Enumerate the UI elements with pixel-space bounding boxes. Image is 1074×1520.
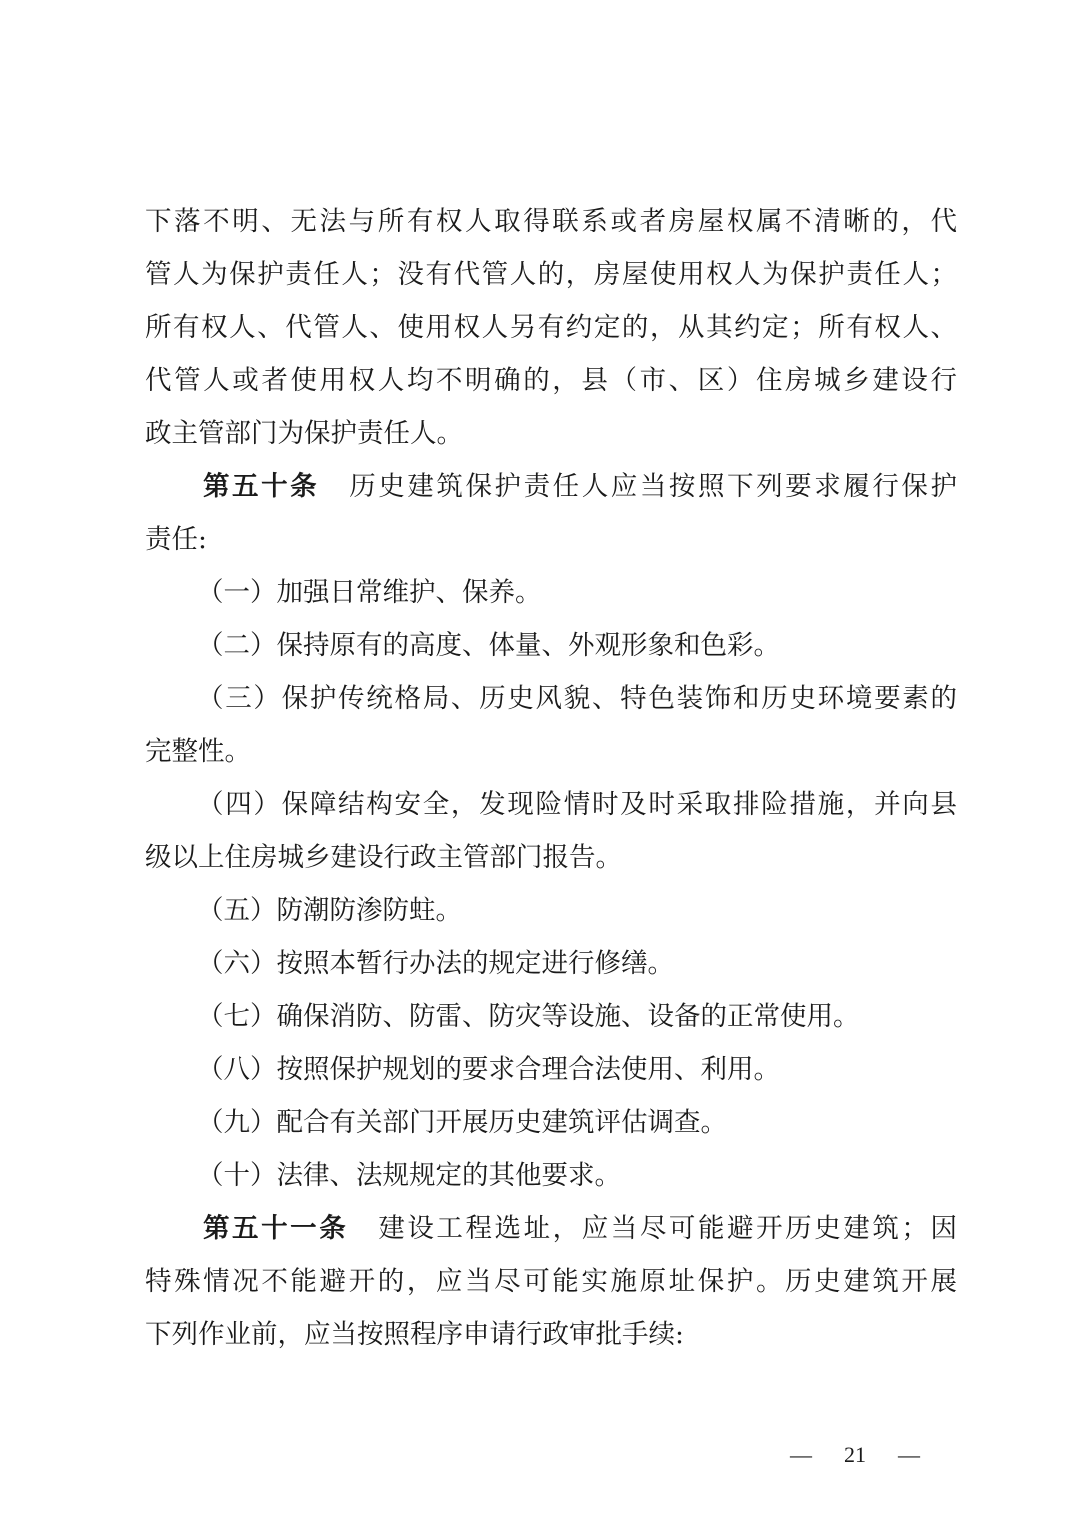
list-item-10: （十）法律、法规规定的其他要求。 [145,1149,957,1202]
list-item-3-cont: 完整性。 [145,725,957,778]
article-number: 第五十一条 [203,1213,348,1244]
article-51-first-line: 第五十一条建设工程选址，应当尽可能避开历史建筑；因 [145,1202,957,1255]
list-item-8: （八）按照保护规划的要求合理合法使用、利用。 [145,1043,957,1096]
list-item-2: （二）保持原有的高度、体量、外观形象和色彩。 [145,619,957,672]
text-line: 所有权人、代管人、使用权人另有约定的，从其约定；所有权人、 [145,301,957,354]
document-page: 下落不明、无法与所有权人取得联系或者房屋权属不清晰的，代 管人为保护责任人；没有… [0,0,1074,1520]
list-item-9: （九）配合有关部门开展历史建筑评估调查。 [145,1096,957,1149]
article-51: 第五十一条建设工程选址，应当尽可能避开历史建筑；因 特殊情况不能避开的，应当尽可… [145,1202,957,1361]
text-line: 责任: [145,513,957,566]
article-50: 第五十条历史建筑保护责任人应当按照下列要求履行保护 责任: （一）加强日常维护、… [145,460,957,1202]
page-number-dash-right: — [898,1438,920,1472]
continuation-paragraph: 下落不明、无法与所有权人取得联系或者房屋权属不清晰的，代 管人为保护责任人；没有… [145,195,957,460]
list-item-3: （三）保护传统格局、历史风貌、特色装饰和历史环境要素的 [145,672,957,725]
article-50-first-line: 第五十条历史建筑保护责任人应当按照下列要求履行保护 [145,460,957,513]
article-number: 第五十条 [203,471,319,502]
text-line: 下列作业前，应当按照程序申请行政审批手续: [145,1308,957,1361]
list-item-7: （七）确保消防、防雷、防灾等设施、设备的正常使用。 [145,990,957,1043]
list-item-1: （一）加强日常维护、保养。 [145,566,957,619]
list-item-4: （四）保障结构安全，发现险情时及时采取排险措施，并向县 [145,778,957,831]
text-line: 特殊情况不能避开的，应当尽可能实施原址保护。历史建筑开展 [145,1255,957,1308]
article-text: 建设工程选址，应当尽可能避开历史建筑；因 [378,1213,957,1244]
text-line: 管人为保护责任人；没有代管人的，房屋使用权人为保护责任人； [145,248,957,301]
list-item-4-cont: 级以上住房城乡建设行政主管部门报告。 [145,831,957,884]
article-text: 历史建筑保护责任人应当按照下列要求履行保护 [349,471,957,502]
page-number: — 21 — [790,1438,920,1472]
page-number-value: 21 [844,1438,866,1472]
text-line: 政主管部门为保护责任人。 [145,407,957,460]
page-number-dash-left: — [790,1438,812,1472]
text-line: 代管人或者使用权人均不明确的，县（市、区）住房城乡建设行 [145,354,957,407]
list-item-5: （五）防潮防渗防蛀。 [145,884,957,937]
list-item-6: （六）按照本暂行办法的规定进行修缮。 [145,937,957,990]
text-line: 下落不明、无法与所有权人取得联系或者房屋权属不清晰的，代 [145,195,957,248]
body-text: 下落不明、无法与所有权人取得联系或者房屋权属不清晰的，代 管人为保护责任人；没有… [145,195,957,1361]
